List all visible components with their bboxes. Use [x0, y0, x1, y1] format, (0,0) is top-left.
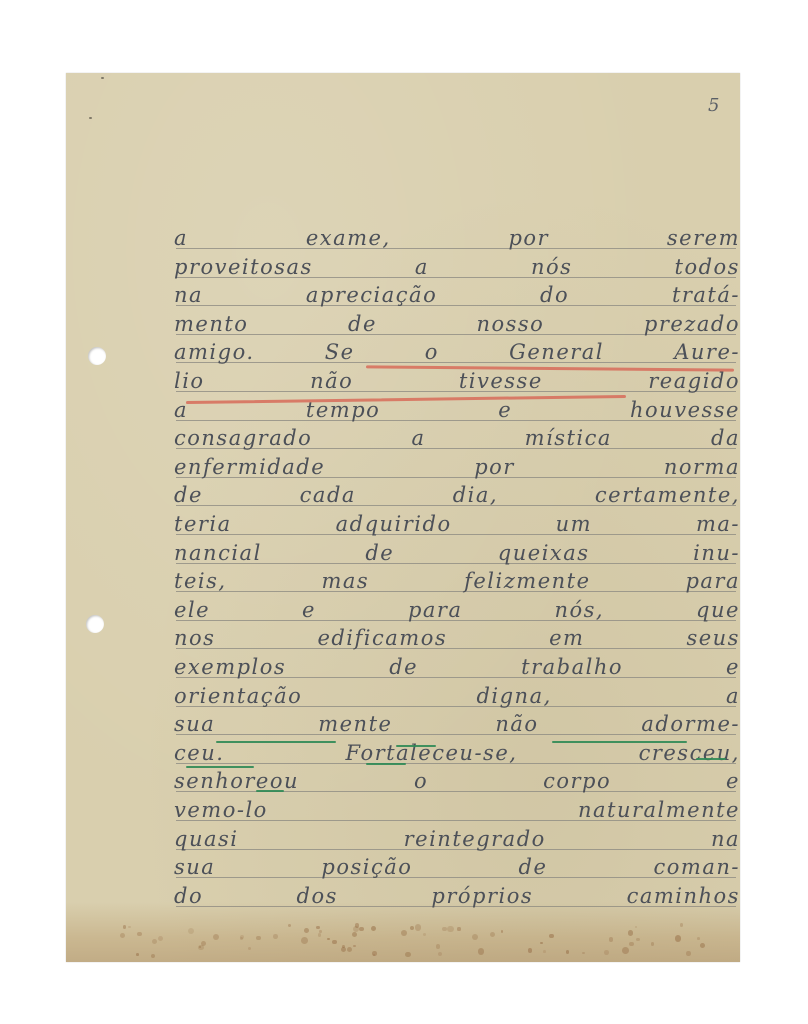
green-underline-adorme	[552, 741, 687, 743]
foxing-spot	[490, 932, 496, 938]
foxing-spot	[622, 947, 629, 954]
handwritten-word: por	[474, 455, 515, 479]
handwritten-word: coman-	[654, 855, 740, 879]
green-underline-cresceu	[696, 758, 726, 760]
handwritten-word: por	[508, 226, 549, 250]
foxing-spot	[609, 937, 613, 941]
handwritten-word: a	[415, 255, 429, 279]
handwritten-word: certamente,	[595, 483, 740, 507]
handwritten-word: sua	[174, 855, 215, 879]
handwritten-word: lio	[174, 369, 205, 393]
handwritten-word: adorme-	[641, 712, 740, 736]
handwritten-line: nosedificamosemseus	[174, 622, 740, 650]
handwritten-word: de	[365, 541, 394, 565]
foxing-spot	[604, 950, 609, 955]
handwritten-word: e	[498, 398, 512, 422]
handwritten-word: nosso	[476, 312, 544, 336]
handwritten-word: quasi	[174, 827, 238, 851]
handwritten-word: não	[495, 712, 538, 736]
foxing-spot	[158, 936, 163, 941]
foxing-spot	[582, 952, 585, 955]
handwritten-word: nos	[174, 626, 215, 650]
handwritten-word: orientação	[174, 684, 302, 708]
handwritten-line: quasireintegradona	[174, 823, 740, 851]
handwritten-word: e	[302, 598, 316, 622]
foxing-spot	[686, 951, 690, 955]
manuscript-page: 5 aexame,porseremproveitosasanóstodosnaa…	[66, 73, 740, 962]
handwritten-word: teria	[174, 512, 232, 536]
page-number: 5	[708, 95, 719, 116]
foxing-spot	[700, 943, 705, 948]
handwritten-word: General	[509, 340, 604, 364]
foxing-spot	[528, 948, 532, 952]
handwritten-word: ele	[174, 598, 210, 622]
handwritten-word: mento	[174, 312, 248, 336]
handwritten-word: e	[726, 769, 740, 793]
handwritten-word: na	[711, 827, 740, 851]
handwritten-word: a	[174, 226, 188, 250]
handwritten-line: teriaadquiridoumma-	[174, 508, 740, 536]
green-underline-mente	[216, 741, 336, 743]
handwritten-word: tratá-	[672, 283, 740, 307]
foxing-spot	[256, 936, 260, 940]
foxing-spot	[359, 927, 364, 932]
handwritten-word: digna,	[476, 684, 551, 708]
handwritten-word: mente	[318, 712, 392, 736]
handwritten-line: amigo.SeoGeneralAure-	[174, 336, 740, 364]
handwritten-line: eleeparanós,que	[174, 594, 740, 622]
handwritten-word: de	[174, 483, 203, 507]
foxing-spot	[549, 934, 553, 938]
foxing-spot	[273, 934, 278, 939]
handwritten-word: felizmente	[464, 569, 590, 593]
handwritten-word: de	[519, 855, 548, 879]
handwritten-word: inu-	[693, 541, 740, 565]
handwritten-word: mística	[525, 426, 612, 450]
handwritten-word: reagido	[648, 369, 740, 393]
handwritten-word: de	[348, 312, 377, 336]
handwritten-word: cresceu,	[639, 741, 740, 765]
punch-hole-bottom	[86, 615, 104, 633]
ink-speck	[101, 77, 104, 79]
handwritten-word: Aure-	[674, 340, 740, 364]
foxing-spot	[447, 926, 453, 932]
foxing-spot	[136, 953, 139, 956]
foxing-spot	[543, 950, 546, 953]
handwritten-line: naapreciaçãodotratá-	[174, 279, 740, 307]
handwritten-word: Se	[325, 340, 355, 364]
handwritten-word: mas	[321, 569, 369, 593]
green-underline-fortaleceu	[366, 763, 406, 765]
handwritten-line: enfermidadepornorma	[174, 451, 740, 479]
foxing-spot	[371, 926, 376, 931]
handwritten-word: o	[425, 340, 439, 364]
handwritten-word: teis,	[174, 569, 227, 593]
green-underline-senhoreou	[256, 790, 284, 792]
handwritten-word: sua	[174, 712, 215, 736]
handwritten-line: aexame,porserem	[174, 222, 740, 250]
handwritten-word: naturalmente	[578, 798, 740, 822]
ink-speck	[89, 117, 92, 119]
handwritten-word: amigo.	[174, 340, 255, 364]
handwritten-line: proveitosasanóstodos	[174, 251, 740, 279]
handwritten-word: um	[556, 512, 592, 536]
foxing-spot	[301, 937, 308, 944]
foxing-spot	[478, 948, 485, 955]
foxing-spot	[353, 926, 359, 932]
handwritten-word: reintegrado	[404, 827, 546, 851]
handwritten-word: proveitosas	[174, 255, 313, 279]
handwritten-word: houvesse	[630, 398, 740, 422]
foxing-spot	[629, 942, 633, 946]
handwritten-word: do	[540, 283, 569, 307]
handwritten-word: o	[414, 769, 428, 793]
foxing-spot	[410, 926, 414, 930]
handwritten-word: tivesse	[459, 369, 543, 393]
foxing-spot	[436, 944, 440, 948]
green-underline-nao	[396, 745, 436, 747]
handwritten-word: todos	[675, 255, 740, 279]
handwritten-word: a	[411, 426, 425, 450]
foxing-spot	[423, 933, 426, 936]
foxing-spot	[123, 925, 127, 929]
handwritten-word: para	[685, 569, 740, 593]
handwritten-word: em	[549, 626, 584, 650]
foxing-spot	[405, 952, 410, 957]
handwritten-line: teis,masfelizmentepara	[174, 565, 740, 593]
handwritten-word: seus	[686, 626, 740, 650]
handwritten-line: nancialdequeixasinu-	[174, 537, 740, 565]
handwritten-word: adquirido	[336, 512, 452, 536]
handwritten-word: exame,	[306, 226, 391, 250]
handwritten-line: orientaçãodigna,a	[174, 680, 740, 708]
foxing-spot	[635, 926, 637, 928]
handwritten-word: queixas	[498, 541, 590, 565]
handwritten-word: de	[389, 655, 418, 679]
handwritten-word: ma-	[696, 512, 740, 536]
handwritten-line: mentodenossoprezado	[174, 308, 740, 336]
handwritten-word: que	[696, 598, 740, 622]
green-underline-ceu	[186, 766, 254, 768]
handwritten-word: dia,	[453, 483, 498, 507]
handwritten-word: e	[726, 655, 740, 679]
handwritten-word: consagrado	[174, 426, 312, 450]
punch-hole-top	[88, 347, 106, 365]
foxing-spot	[372, 951, 377, 956]
handwritten-line: decadadia,certamente,	[174, 479, 740, 507]
handwritten-word: posição	[321, 855, 412, 879]
handwritten-word: norma	[664, 455, 740, 479]
foxing-spot	[327, 938, 329, 940]
handwritten-word: trabalho	[521, 655, 623, 679]
handwritten-word: para	[408, 598, 463, 622]
handwritten-line: suamentenãoadorme-	[174, 708, 740, 736]
handwritten-word: da	[711, 426, 740, 450]
foxing-spot	[198, 945, 203, 950]
handwritten-word: nancial	[174, 541, 262, 565]
handwritten-word: vemo-lo	[174, 798, 268, 822]
handwritten-word: não	[310, 369, 353, 393]
handwritten-line: vemo-lonaturalmente	[174, 794, 740, 822]
handwritten-line: exemplosdetrabalhoe	[174, 651, 740, 679]
foxing-spot	[318, 933, 321, 936]
handwritten-word: corpo	[543, 769, 611, 793]
handwritten-word: nós,	[554, 598, 604, 622]
handwritten-word: exemplos	[174, 655, 286, 679]
handwritten-line: suaposiçãodecoman-	[174, 851, 740, 879]
foxing-spot	[304, 928, 309, 933]
handwritten-line: consagradoamísticada	[174, 422, 740, 450]
foxing-spot	[401, 930, 407, 936]
handwritten-word: serem	[667, 226, 740, 250]
foxing-spot	[457, 927, 460, 930]
foxing-spot	[353, 945, 355, 947]
handwritten-word: apreciação	[306, 283, 437, 307]
foxing-spot	[651, 942, 655, 946]
handwritten-word: enfermidade	[174, 455, 325, 479]
handwritten-word: prezado	[644, 312, 740, 336]
handwritten-word: edificamos	[317, 626, 447, 650]
handwritten-word: ceu.	[174, 741, 224, 765]
handwritten-word: nós	[531, 255, 572, 279]
foxing-spot	[628, 930, 633, 935]
handwritten-word: cada	[300, 483, 356, 507]
handwritten-word: na	[174, 283, 203, 307]
foxing-spot	[316, 926, 320, 930]
foxing-spot	[636, 938, 639, 941]
foxing-spot	[680, 923, 683, 926]
handwritten-word: a	[726, 684, 740, 708]
foxing-spot	[675, 935, 681, 941]
